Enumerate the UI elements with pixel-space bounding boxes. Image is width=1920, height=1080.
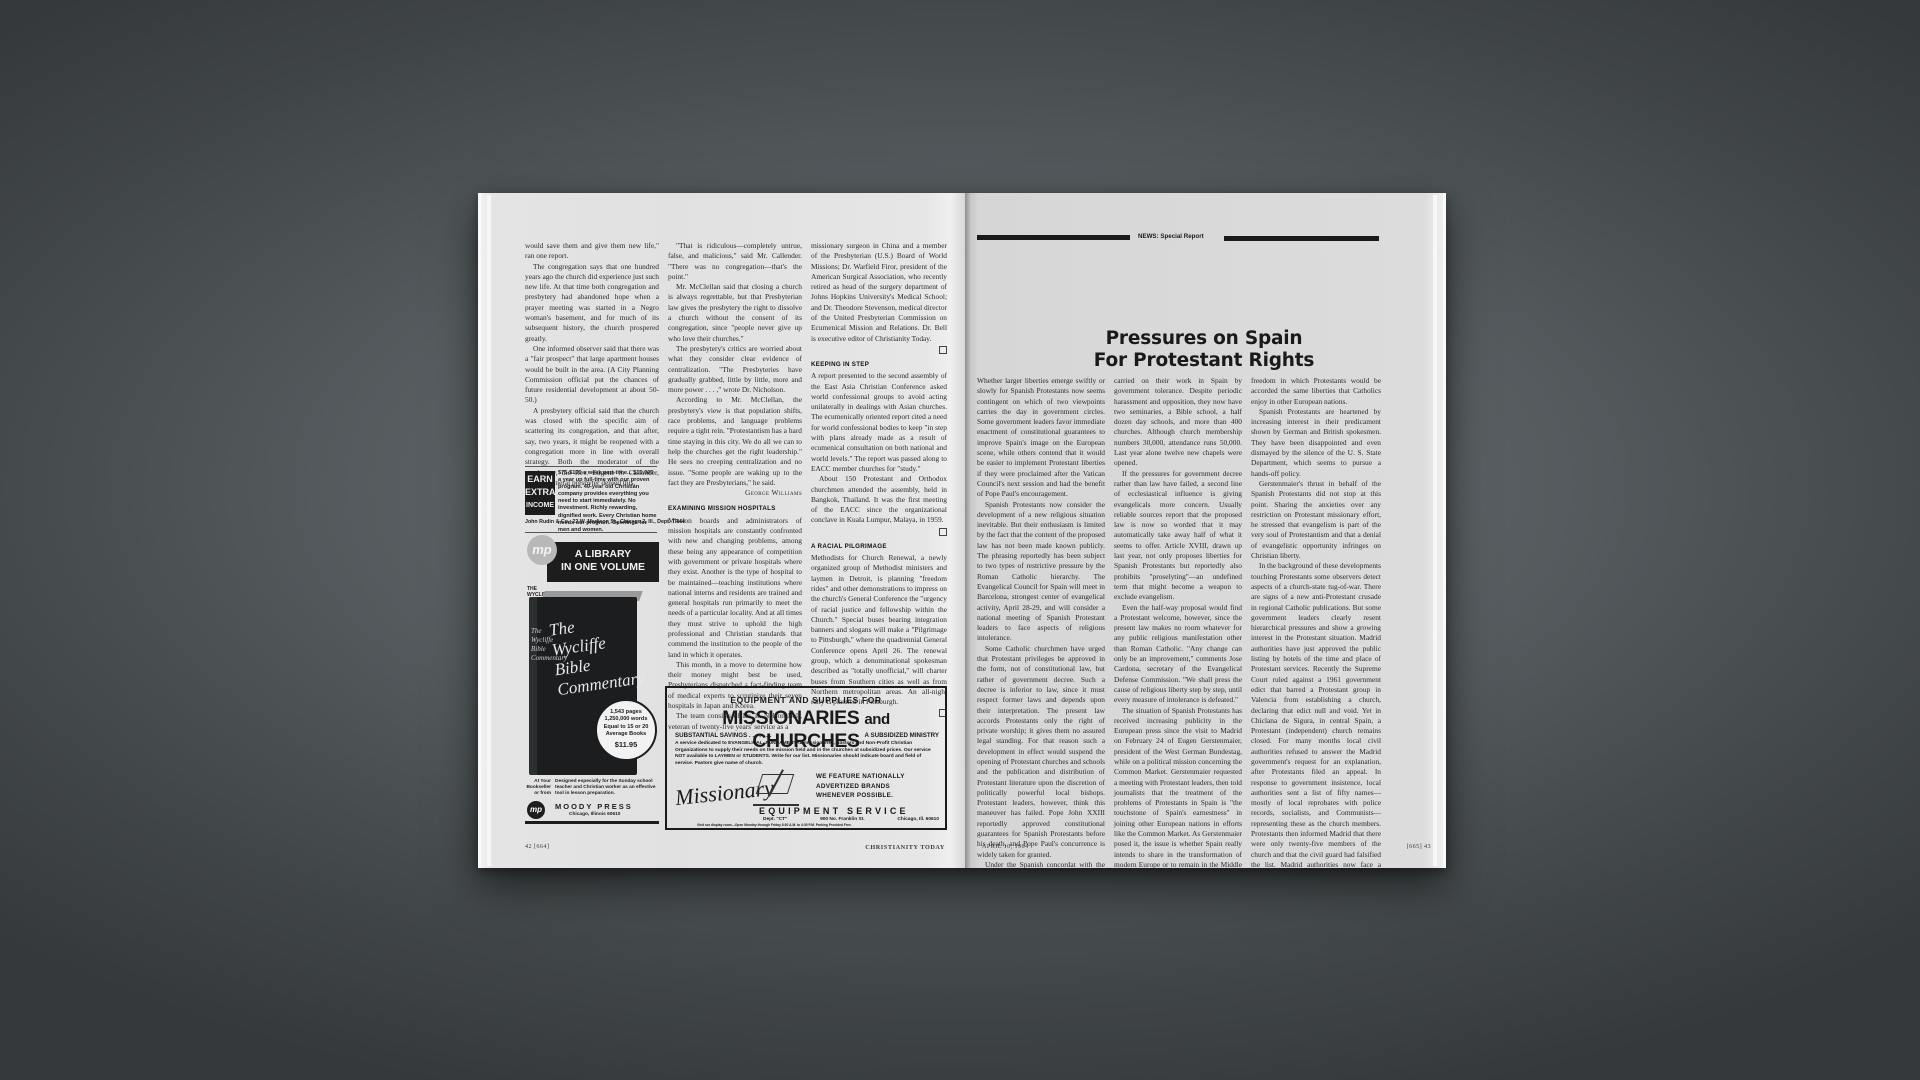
folio-left-page-number: 42 [664]: [525, 843, 549, 850]
section-heading: KEEPING IN STEP: [811, 360, 947, 370]
paragraph: Some Catholic churchmen have urged that …: [977, 644, 1105, 860]
paragraph: would save them and give them new life,"…: [525, 241, 659, 262]
left-column-1: would save them and give them new life,"…: [525, 241, 659, 488]
moody-press-ad: A LIBRARY IN ONE VOLUME mp THE WYCLIFFE …: [525, 535, 659, 823]
article-headline: Pressures on Spain For Protestant Rights: [965, 328, 1443, 371]
paragraph: Whether larger liberties emerge swiftly …: [977, 376, 1105, 500]
missionaries-word: MISSIONARIES: [722, 707, 859, 729]
paragraph: "That is ridiculous—completely untrue, f…: [668, 241, 802, 282]
paragraph: Mission boards and administrators of mis…: [668, 516, 802, 660]
price: $11.95: [597, 741, 655, 748]
paragraph: Spanish Protestants now consider the dev…: [977, 500, 1105, 644]
book-stats-badge: 1,543 pages 1,250,000 words Equal to 15 …: [595, 699, 657, 761]
equip-visit-note: Visit our display room—Open Monday throu…: [697, 823, 852, 827]
paragraph: Under the Spanish concordat with the Vat…: [977, 860, 1105, 868]
paragraph: The presbytery's critics are worried abo…: [668, 344, 802, 395]
savings-text: SUBSTANTIAL SAVINGS . . . . . . .: [675, 732, 771, 739]
publisher-name: MOODY PRESS: [555, 802, 633, 811]
stat-books: Average Books: [597, 731, 655, 738]
feature-line: ADVERTIZED BRANDS: [816, 782, 905, 792]
earn-word: EARN: [525, 473, 555, 486]
left-page: would save them and give them new life,"…: [478, 193, 965, 868]
paragraph: Gerstenmaier's thrust in behalf of the S…: [1251, 479, 1381, 561]
paragraph: The situation of Spanish Protestants has…: [1114, 706, 1242, 869]
moody-ad-header: A LIBRARY IN ONE VOLUME: [547, 542, 659, 582]
designed-note: Designed especially for the Sunday schoo…: [555, 779, 659, 797]
right-column-3: freedom in which Protestants would be ac…: [1251, 376, 1381, 868]
city: Chicago, Ill. 60610: [897, 817, 939, 822]
kicker-rule-left: [977, 235, 1130, 240]
equipment-drawing-icon: [753, 768, 799, 806]
paragraph: Methodists for Church Renewal, a newly o…: [811, 553, 947, 707]
page-edge: [1433, 195, 1437, 866]
stat-words: 1,250,000 words: [597, 716, 655, 723]
equip-subline: SUBSTANTIAL SAVINGS . . . . . . . A SUBS…: [675, 732, 939, 739]
paragraph: A report presented to the second assembl…: [811, 371, 947, 474]
publisher-city: Chicago, Illinois 60610: [569, 812, 620, 817]
stat-pages: 1,543 pages: [597, 709, 655, 716]
earn-extra-income-ad: EARN EXTRA INCOME $75-$100 a week part-t…: [525, 466, 657, 533]
publisher-bar: mp MOODY PRESS Chicago, Illinois 60610: [525, 801, 659, 824]
magazine-spread: would save them and give them new life,"…: [478, 193, 1446, 868]
section-heading: EXAMINING MISSION HOSPITALS: [668, 504, 802, 514]
bookseller-note: At Your Bookseller or from: [525, 779, 551, 797]
folio-date: APRIL 10, 1964: [982, 843, 1028, 850]
section-heading: A RACIAL PILGRIMAGE: [811, 542, 947, 552]
headline-line-1: A LIBRARY: [547, 548, 659, 561]
right-column-2: carried on their work in Spain by govern…: [1114, 376, 1242, 868]
folio-magazine-name: CHRISTIANITY TODAY: [865, 844, 945, 851]
end-mark-icon: [939, 528, 947, 536]
folio-right-page-number: [665] 43: [1407, 843, 1431, 850]
mp-logo-small-icon: mp: [527, 801, 545, 819]
left-column-2: "That is ridiculous—completely untrue, f…: [668, 241, 802, 732]
paragraph: According to Mr. McClellan, the presbyte…: [668, 395, 802, 488]
book-cover-title: The Wycliffe Bible Commentary: [548, 610, 638, 700]
paragraph: Spanish Protestants are heartened by inc…: [1251, 407, 1381, 479]
headline-line-2: For Protestant Rights: [965, 350, 1443, 372]
equip-feature-text: WE FEATURE NATIONALLY ADVERTIZED BRANDS …: [816, 772, 905, 801]
section-kicker: NEWS: Special Report: [1138, 233, 1204, 240]
street: 900 No. Franklin St.: [820, 817, 865, 822]
extra-word: EXTRA: [525, 486, 555, 499]
paragraph: About 150 Protestant and Orthodox church…: [811, 474, 947, 525]
paragraph: freedom in which Protestants would be ac…: [1251, 376, 1381, 407]
paragraph: If the pressures for government decree r…: [1114, 469, 1242, 603]
byline-signature: George Williams: [745, 488, 802, 498]
earn-ad-address: John Rudin & Co., 22 W. Madison St., Chi…: [525, 519, 657, 525]
equip-address: Dept. "CT" 900 No. Franklin St. Chicago,…: [763, 817, 939, 822]
feature-line: WE FEATURE NATIONALLY: [816, 772, 905, 782]
ministry-text: A SUBSIDIZED MINISTRY: [865, 732, 939, 739]
missionary-equipment-ad: EQUIPMENT AND SUPPLIES FOR MISSIONARIES …: [665, 686, 947, 830]
page-edge: [487, 195, 491, 866]
paragraph: One informed observer said that there wa…: [525, 344, 659, 406]
paragraph: The congregation says that one hundred y…: [525, 262, 659, 344]
equip-description: A service dedicated to EVANGELICAL, FUND…: [675, 741, 939, 767]
paragraph: In the background of these developments …: [1251, 561, 1381, 868]
mp-logo-icon: mp: [527, 535, 557, 565]
equipment-service-title: EQUIPMENT SERVICE: [759, 806, 909, 816]
and-word: and: [864, 711, 889, 728]
earn-block: EARN EXTRA INCOME: [525, 471, 555, 515]
kicker-rule-right: [1224, 236, 1379, 241]
feature-line: WHENEVER POSSIBLE.: [816, 791, 905, 801]
headline-line-2: IN ONE VOLUME: [547, 561, 659, 574]
paragraph: carried on their work in Spain by govern…: [1114, 376, 1242, 469]
stat-equal: Equal to 15 or 20: [597, 724, 655, 731]
equip-top-line: EQUIPMENT AND SUPPLIES FOR: [667, 695, 945, 705]
right-page: NEWS: Special Report Pressures on Spain …: [965, 193, 1446, 868]
end-mark-icon: [939, 346, 947, 354]
income-word: INCOME: [525, 499, 555, 512]
paragraph: missionary surgeon in China and a member…: [811, 241, 947, 344]
left-column-3: missionary surgeon in China and a member…: [811, 241, 947, 717]
headline-line-1: Pressures on Spain: [965, 328, 1443, 350]
right-column-1: Whether larger liberties emerge swiftly …: [977, 376, 1105, 868]
paragraph: Even the half-way proposal would find a …: [1114, 603, 1242, 706]
paragraph: Mr. McClellan said that closing a church…: [668, 282, 802, 344]
dept: Dept. "CT": [763, 817, 787, 822]
